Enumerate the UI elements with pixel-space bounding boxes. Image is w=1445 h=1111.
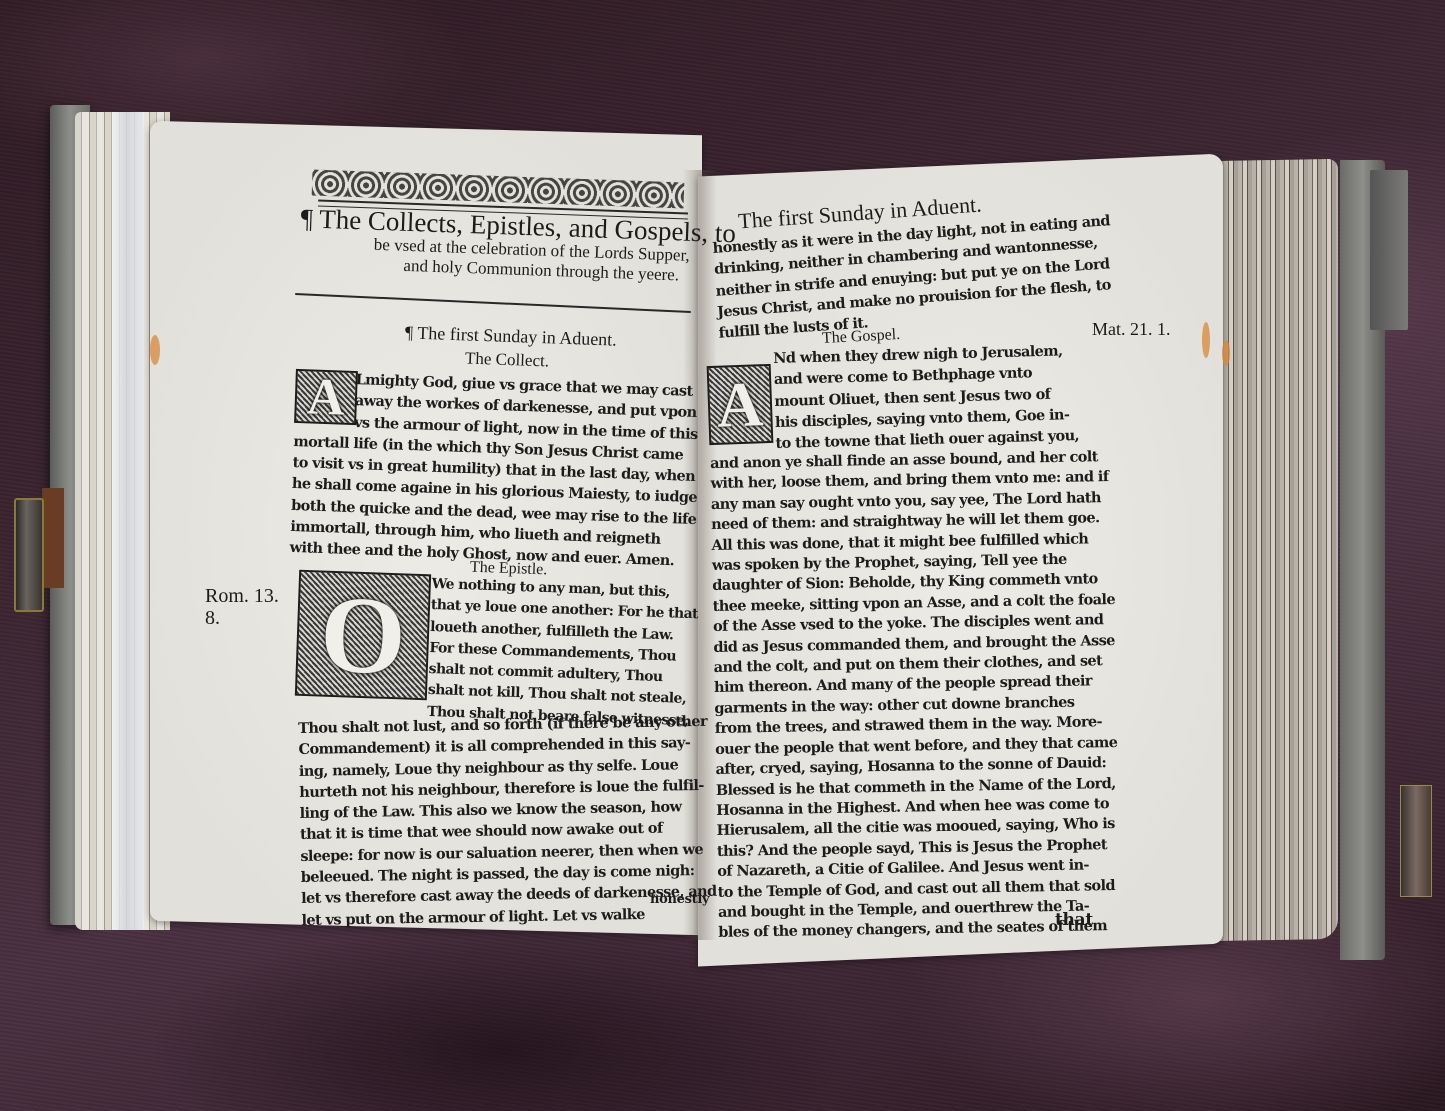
stain-right [1202, 322, 1210, 358]
gospel-text-beside-cap: Nd when they drew nigh to Jerusalem, and… [773, 340, 1079, 454]
left-clasp-strap [42, 488, 64, 588]
collect-text: Lmighty God, giue vs grace that we may c… [289, 367, 690, 572]
right-clasp-top [1370, 170, 1408, 330]
gospel-text: and anon ye shall finde an asse bound, a… [710, 447, 1121, 944]
collect-heading: The Collect. [465, 349, 550, 372]
stain-right-2 [1222, 340, 1230, 366]
margin-ref-line: 8. [205, 607, 279, 629]
margin-ref-line: Rom. 13. [205, 585, 279, 607]
epistle-text-beside-cap: We nothing to any man, but this, that ye… [427, 574, 699, 732]
catchword: honestly [650, 892, 709, 907]
epistle-dropcap: O [295, 570, 431, 701]
left-stack-repair [112, 112, 144, 930]
catchword: that [1055, 910, 1093, 930]
left-clasp [14, 498, 44, 612]
page-heading: ¶ The Collects, Epistles, and Gospels, t… [299, 203, 691, 286]
gospel-margin-note: Mat. 21. 1. [1092, 318, 1171, 340]
right-clasp-bottom [1400, 785, 1432, 897]
gospel-dropcap: A [707, 364, 774, 445]
right-page-stack [1210, 159, 1338, 941]
epistle-margin-note: Rom. 13. 8. [205, 585, 279, 629]
stain-left [150, 335, 160, 365]
